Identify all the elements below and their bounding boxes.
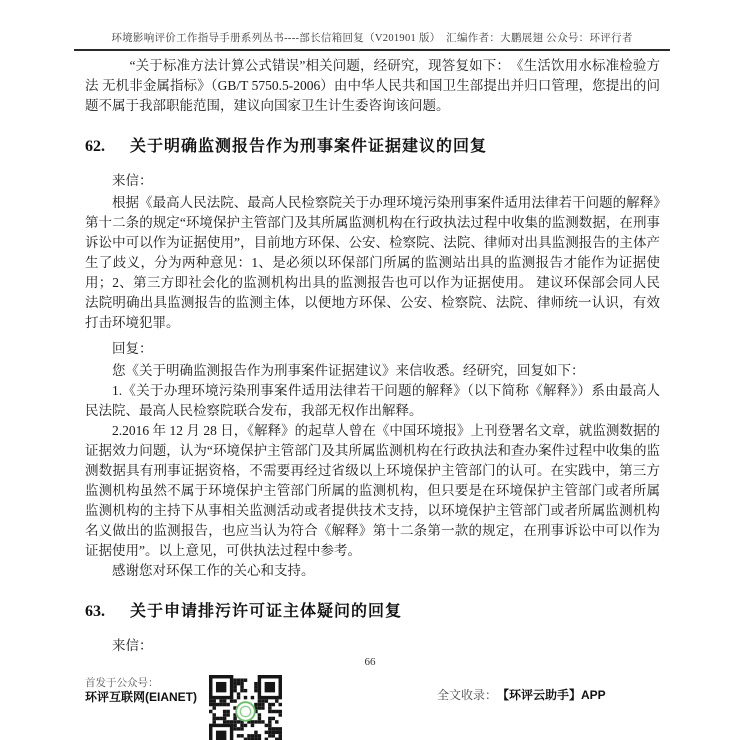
section-62-title: 关于明确监测报告作为刑事案件证据建议的回复: [130, 138, 487, 155]
intro-paragraph: “关于标准方法计算公式错误”相关问题，经研究，现答复如下： 《生活饮用水标准检验…: [85, 56, 660, 116]
page-number: 66: [0, 656, 740, 668]
section-62-reply-paragraph: 您《关于明确监测报告作为刑事案件证据建议》来信收悉。经研究，回复如下：: [85, 361, 660, 381]
footer-publisher-caption: 首发于公众号：: [85, 677, 197, 690]
page-header: 环境影响评价工作指导手册系列丛书----部长信箱回复（V201901 版） 汇编…: [74, 30, 670, 51]
section-62-letter-paragraph: 根据《最高人民法院、最高人民检察院关于办理环境污染刑事案件适用法律若干问题的解释…: [85, 193, 660, 333]
section-62-reply-paragraph: 1.《关于办理环境污染刑事案件适用法律若干问题的解释》（以下简称《解释》）系由最…: [85, 381, 660, 421]
document-body: “关于标准方法计算公式错误”相关问题，经研究，现答复如下： 《生活饮用水标准检验…: [85, 56, 660, 658]
section-63-letter-label: 来信：: [85, 636, 660, 656]
section-62-reply-paragraph: 2.2016 年 12 月 28 日，《解释》的起草人曾在《中国环境报》上刊登署…: [85, 421, 660, 561]
footer-publisher: 首发于公众号： 环评互联网(EIANET): [85, 677, 197, 705]
document-page: 环境影响评价工作指导手册系列丛书----部长信箱回复（V201901 版） 汇编…: [0, 0, 740, 740]
section-62-heading: 62.关于明确监测报告作为刑事案件证据建议的回复: [85, 133, 660, 156]
page-header-title: 环境影响评价工作指导手册系列丛书----部长信箱回复（V201901 版） 汇编…: [111, 33, 632, 44]
section-62-number: 62.: [85, 138, 111, 156]
section-63-title: 关于申请排污许可证主体疑问的回复: [130, 603, 402, 620]
section-62-reply-paragraph: 感谢您对环保工作的关心和支持。: [85, 561, 660, 581]
qr-code-icon: [209, 675, 282, 740]
footer-collection: 全文收录：【环评云助手】APP: [437, 686, 606, 703]
section-63-number: 63.: [85, 603, 111, 621]
section-63-heading: 63.关于申请排污许可证主体疑问的回复: [85, 598, 660, 621]
footer-collection-label: 全文收录：: [437, 688, 497, 702]
footer-collection-app: 【环评云助手】APP: [503, 688, 606, 702]
section-62-reply-label: 回复：: [85, 339, 660, 359]
footer-publisher-name: 环评互联网(EIANET): [85, 690, 197, 705]
section-62-letter-label: 来信：: [85, 171, 660, 191]
qr-center-logo: [236, 702, 255, 721]
